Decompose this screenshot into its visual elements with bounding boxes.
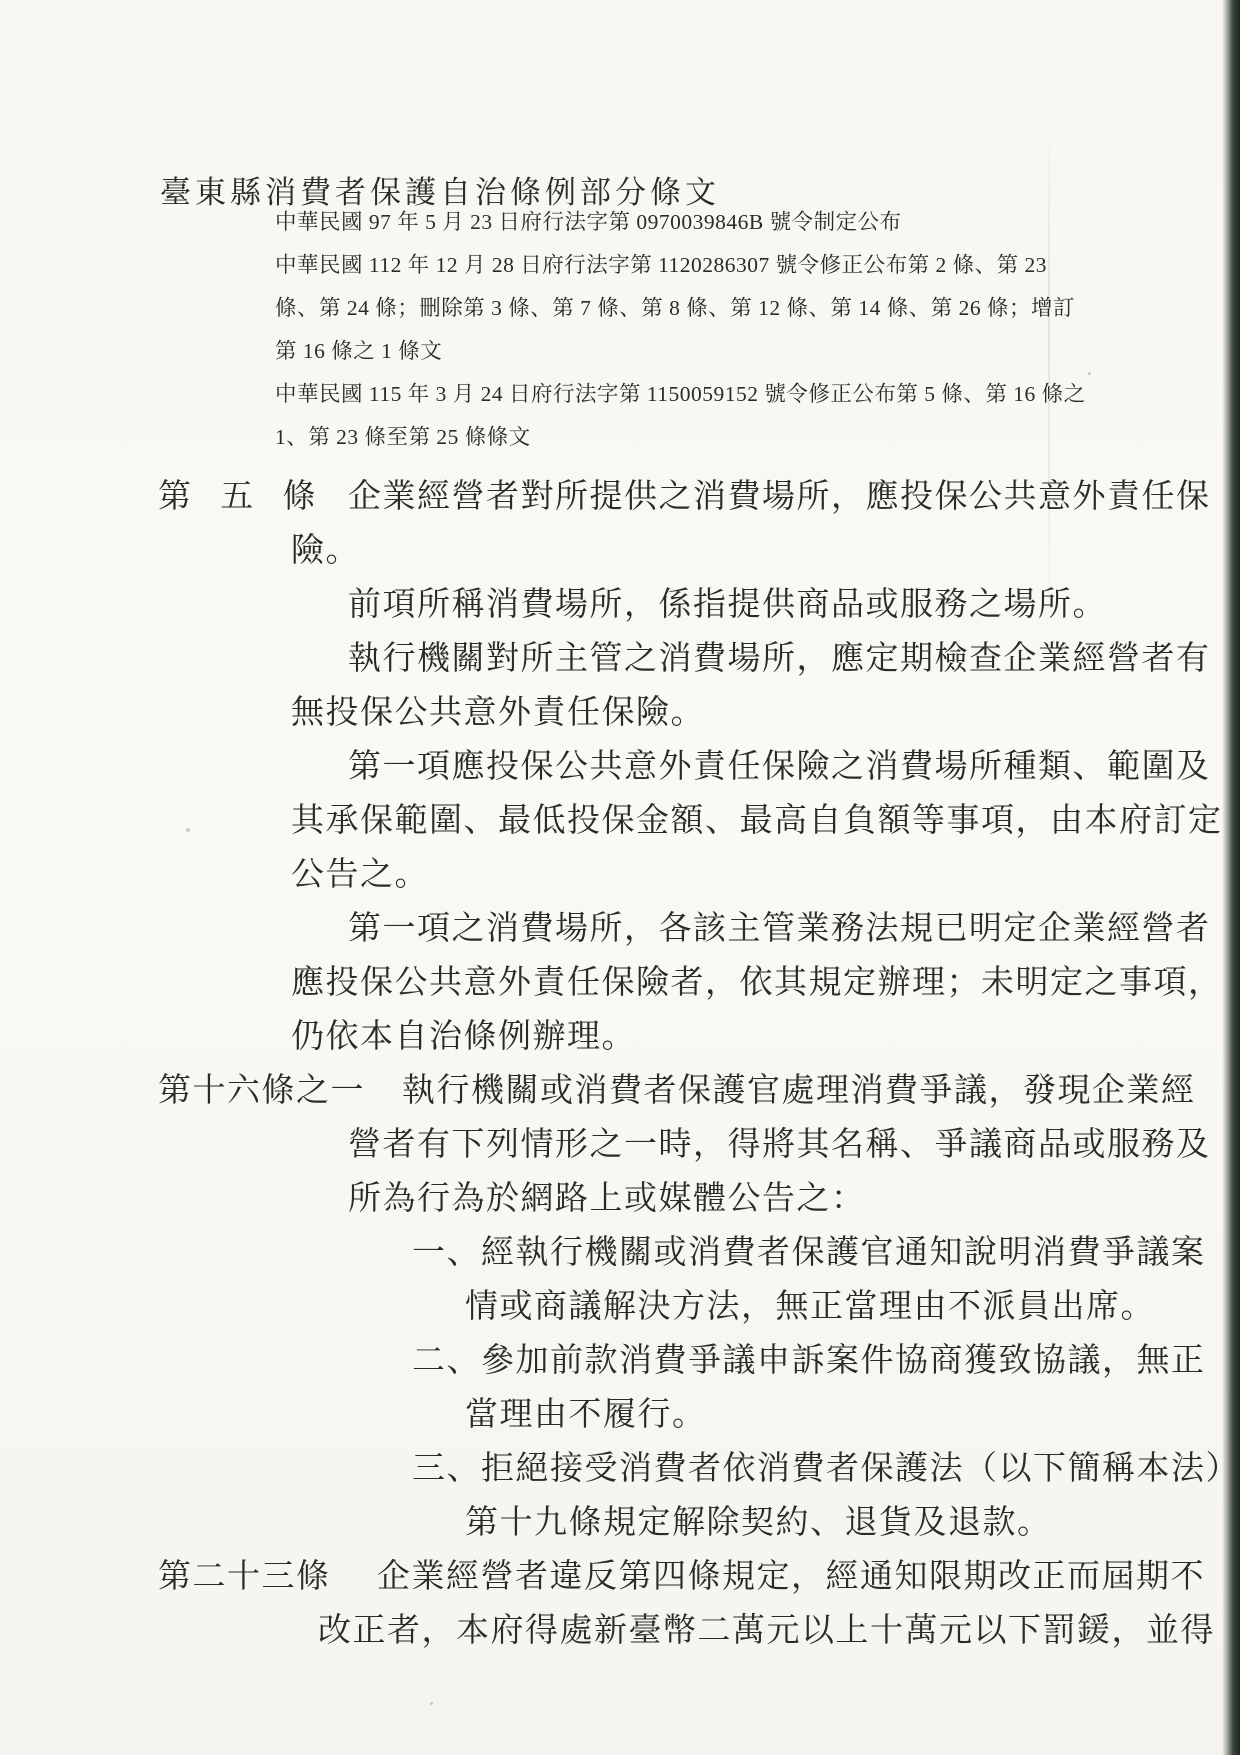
article-text: 二、參加前款消費爭議申訴案件協商獲致協議，無正 [412, 1334, 1240, 1388]
article-row: 第二十三條 企業經營者違反第四條規定，經通知限期改正而屆期不 [0, 1550, 1240, 1604]
article-row: 情或商議解決方法，無正當理由不派員出席。 [0, 1280, 1240, 1334]
article-text: 三、拒絕接受消費者依消費者保護法（以下簡稱本法） [412, 1442, 1240, 1496]
article-text: 其承保範圍、最低投保金額、最高自負額等事項，由本府訂定 [291, 794, 1240, 848]
article-text: 改正者，本府得處新臺幣二萬元以上十萬元以下罰鍰，並得 [318, 1604, 1240, 1658]
article-text: 當理由不履行。 [465, 1388, 1240, 1442]
article-text: 一、經執行機關或消費者保護官通知說明消費爭議案 [412, 1226, 1240, 1280]
article-text: 險。 [291, 524, 1240, 578]
article-row: 第十九條規定解除契約、退貨及退款。 [0, 1496, 1240, 1550]
history-line: 1、第 23 條至第 25 條條文 [275, 416, 1115, 459]
history-line: 中華民國 112 年 12 月 28 日府行法字第 1120286307 號令修… [275, 244, 1115, 287]
article-text: 第一項應投保公共意外責任保險之消費場所種類、範圍及 [348, 740, 1240, 794]
scan-edge-shadow [1222, 0, 1240, 1755]
article-row: 二、參加前款消費爭議申訴案件協商獲致協議，無正 [0, 1334, 1240, 1388]
article-text: 第一項之消費場所，各該主管業務法規已明定企業經營者 [348, 902, 1240, 956]
article-row: 營者有下列情形之一時，得將其名稱、爭議商品或服務及 [0, 1118, 1240, 1172]
scanned-document-page: 臺東縣消費者保護自治條例部分條文 中華民國 97 年 5 月 23 日府行法字第… [0, 0, 1240, 1755]
article-text: 第十九條規定解除契約、退貨及退款。 [465, 1496, 1240, 1550]
amendment-history: 中華民國 97 年 5 月 23 日府行法字第 0970039846B 號令制定… [275, 201, 1115, 459]
article-row: 險。 [0, 524, 1240, 578]
article-row: 前項所稱消費場所，係指提供商品或服務之場所。 [0, 578, 1240, 632]
history-line: 第 16 條之 1 條文 [275, 330, 1115, 373]
history-line: 中華民國 115 年 3 月 24 日府行法字第 1150059152 號令修正… [275, 373, 1115, 416]
article-row: 應投保公共意外責任保險者，依其規定辦理；未明定之事項， [0, 956, 1240, 1010]
article-text: 執行機關對所主管之消費場所，應定期檢查企業經營者有 [348, 632, 1240, 686]
article-row: 第 五 條 企業經營者對所提供之消費場所，應投保公共意外責任保 [0, 470, 1240, 524]
article-row: 當理由不履行。 [0, 1388, 1240, 1442]
scan-speck [430, 1702, 433, 1705]
article-row: 仍依本自治條例辦理。 [0, 1010, 1240, 1064]
article-row: 無投保公共意外責任保險。 [0, 686, 1240, 740]
article-row: 第一項應投保公共意外責任保險之消費場所種類、範圍及 [0, 740, 1240, 794]
article-text: 所為行為於網路上或媒體公告之： [348, 1172, 1240, 1226]
article-row: 一、經執行機關或消費者保護官通知說明消費爭議案 [0, 1226, 1240, 1280]
article-text: 營者有下列情形之一時，得將其名稱、爭議商品或服務及 [348, 1118, 1240, 1172]
article-row: 第一項之消費場所，各該主管業務法規已明定企業經營者 [0, 902, 1240, 956]
article-text: 公告之。 [291, 848, 1240, 902]
article-row: 所為行為於網路上或媒體公告之： [0, 1172, 1240, 1226]
article-text: 執行機關或消費者保護官處理消費爭議，發現企業經 [402, 1064, 1240, 1118]
history-line: 中華民國 97 年 5 月 23 日府行法字第 0970039846B 號令制定… [275, 201, 1115, 244]
article-row: 三、拒絕接受消費者依消費者保護法（以下簡稱本法） [0, 1442, 1240, 1496]
article-number: 第 五 條 [158, 470, 317, 524]
article-row: 公告之。 [0, 848, 1240, 902]
article-text: 無投保公共意外責任保險。 [291, 686, 1240, 740]
scan-speck [1088, 372, 1091, 375]
article-row: 改正者，本府得處新臺幣二萬元以上十萬元以下罰鍰，並得 [0, 1604, 1240, 1658]
article-text: 應投保公共意外責任保險者，依其規定辦理；未明定之事項， [291, 956, 1240, 1010]
article-body: 第 五 條 企業經營者對所提供之消費場所，應投保公共意外責任保 險。 前項所稱消… [0, 470, 1240, 1658]
article-number: 第二十三條 [158, 1550, 331, 1604]
history-line: 條、第 24 條；刪除第 3 條、第 7 條、第 8 條、第 12 條、第 14… [275, 287, 1115, 330]
article-row: 第十六條之一 執行機關或消費者保護官處理消費爭議，發現企業經 [0, 1064, 1240, 1118]
scan-speck [186, 828, 190, 832]
article-number: 第十六條之一 [158, 1064, 365, 1118]
article-text: 企業經營者對所提供之消費場所，應投保公共意外責任保 [348, 470, 1240, 524]
article-text: 企業經營者違反第四條規定，經通知限期改正而屆期不 [377, 1550, 1240, 1604]
article-text: 情或商議解決方法，無正當理由不派員出席。 [465, 1280, 1240, 1334]
article-text: 仍依本自治條例辦理。 [291, 1010, 1240, 1064]
article-row: 執行機關對所主管之消費場所，應定期檢查企業經營者有 [0, 632, 1240, 686]
article-row: 其承保範圍、最低投保金額、最高自負額等事項，由本府訂定 [0, 794, 1240, 848]
article-text: 前項所稱消費場所，係指提供商品或服務之場所。 [348, 578, 1240, 632]
